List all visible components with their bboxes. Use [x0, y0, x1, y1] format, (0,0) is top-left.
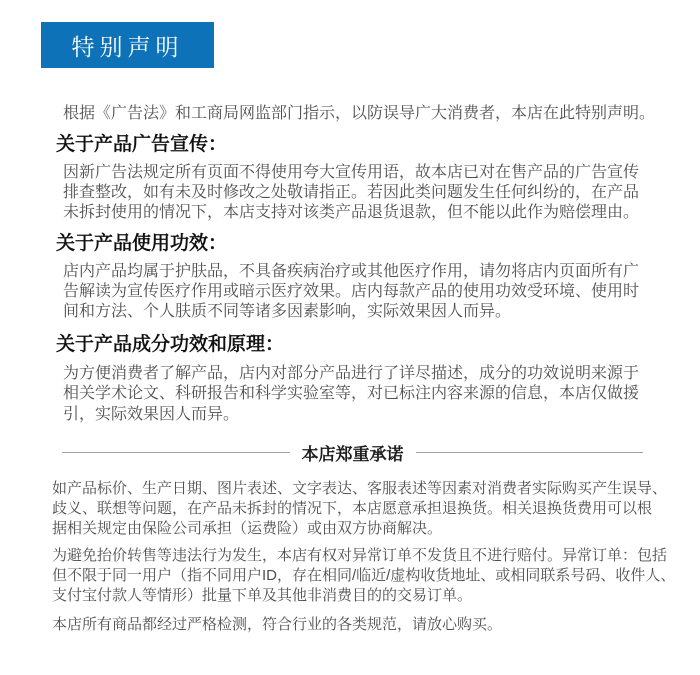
page-title: 特别声明	[72, 29, 184, 62]
special-statement-page: 特别声明 根据《广告法》和工商局网监部门指示，以防误导广大消费者，本店在此特别声…	[0, 0, 700, 675]
promise-divider: 本店郑重承诺	[62, 443, 643, 463]
section-heading-ingredients: 关于产品成分功效和原理：	[56, 334, 700, 355]
section-body-ingredients: 为方便消费者了解产品，店内对部分产品进行了详尽描述，成分的功效说明来源于 相关学…	[63, 364, 685, 425]
promise-title: 本店郑重承诺	[302, 440, 404, 465]
promise-paragraph-abnormal-orders: 为避免抬价转售等违法行为发生，本店有权对异常订单不发货且不进行赔付。异常订单：包…	[52, 546, 690, 607]
section-heading-advertising: 关于产品广告宣传：	[56, 134, 700, 155]
section-body-advertising: 因新广告法规定所有页面不得使用夸大宣传用语，故本店已对在售产品的广告宣传 排查整…	[63, 163, 685, 224]
promise-paragraph-returns: 如产品标价、生产日期、图片表述、文字表达、客服表述等因素对消费者实际购买产生误导…	[52, 479, 690, 540]
divider-line-right	[416, 452, 644, 453]
divider-line-left	[62, 452, 290, 453]
page-title-box: 特别声明	[41, 22, 214, 68]
intro-text: 根据《广告法》和工商局网监部门指示，以防误导广大消费者，本店在此特别声明。	[63, 104, 682, 124]
section-body-efficacy: 店内产品均属于护肤品，不具备疾病治疗或其他医疗作用，请勿将店内页面所有广 告解读…	[63, 262, 685, 323]
section-heading-efficacy: 关于产品使用功效：	[56, 233, 700, 254]
promise-paragraph-quality: 本店所有商品都经过严格检测，符合行业的各类规范，请放心购买。	[52, 615, 690, 635]
